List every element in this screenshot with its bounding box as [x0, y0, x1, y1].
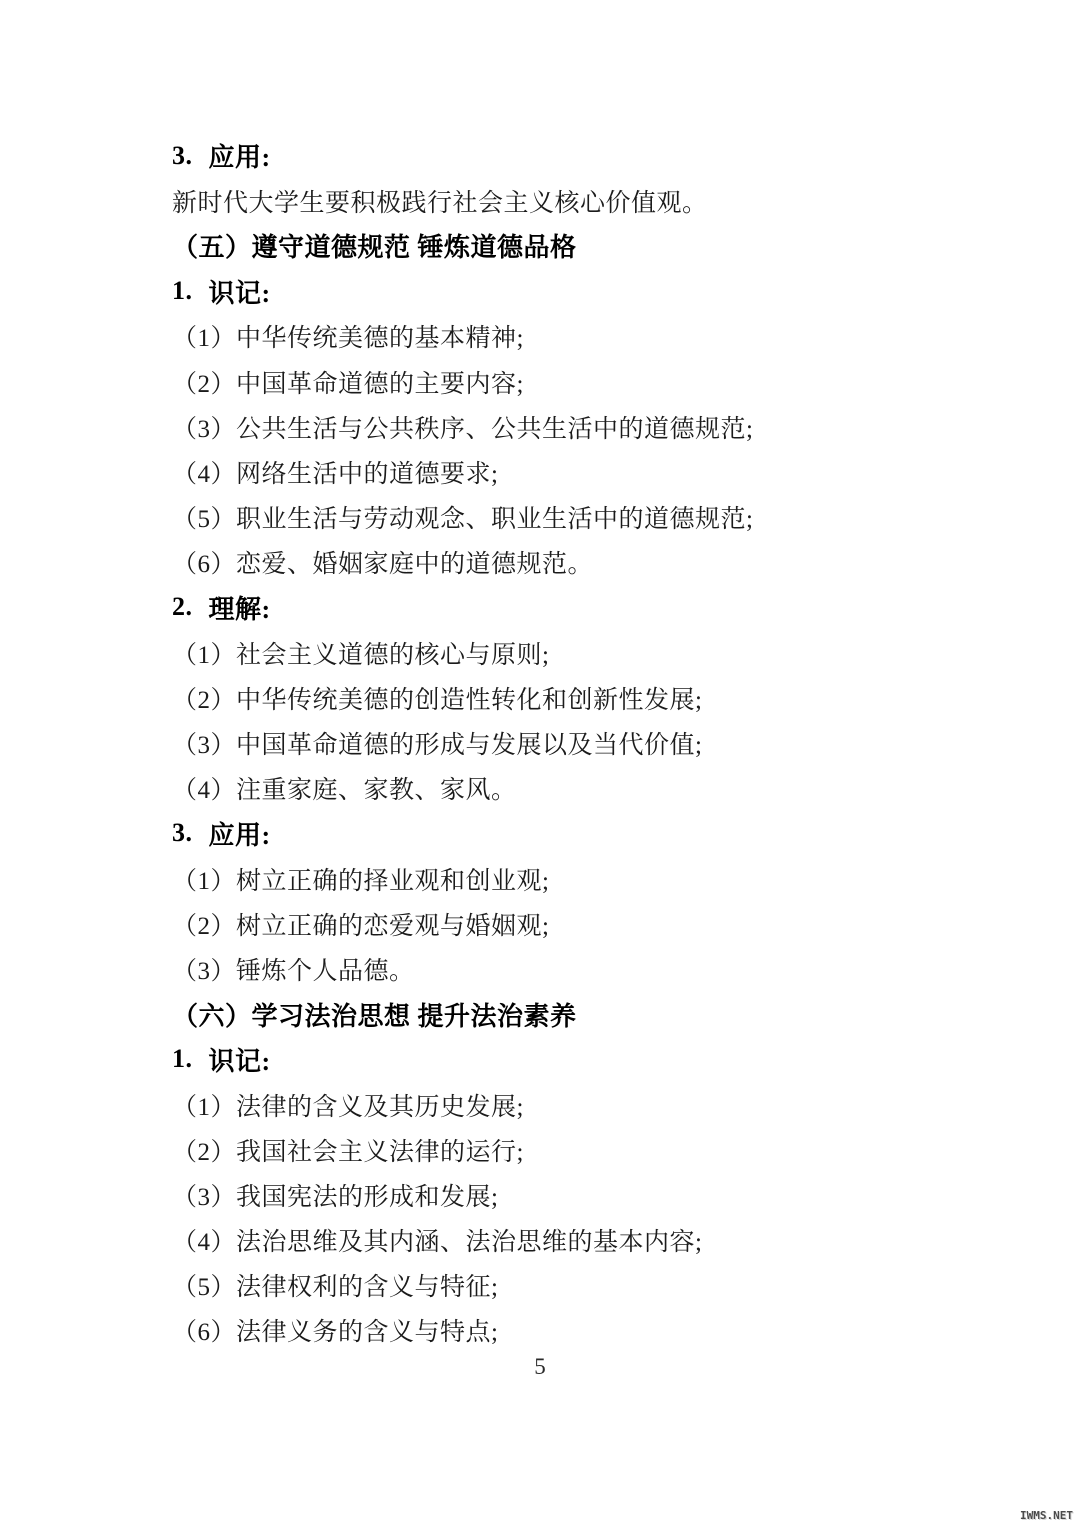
- list-item: （2）中华传统美德的创造性转化和创新性发展;: [172, 675, 972, 720]
- list-item: （4）法治思维及其内涵、法治思维的基本内容;: [172, 1218, 972, 1263]
- list-item: （2）我国社会主义法律的运行;: [172, 1127, 972, 1172]
- heading-label: 识记:: [209, 1041, 271, 1078]
- heading-number: 2.: [172, 592, 193, 622]
- list-item: （4）注重家庭、家教、家风。: [172, 766, 972, 811]
- watermark: IWMS.NET: [1020, 1509, 1073, 1522]
- heading-label: 应用:: [209, 137, 271, 174]
- section-heading: （六）学习法治思想 提升法治素养: [172, 992, 972, 1037]
- knowledge-level-heading: 1.识记:: [172, 1037, 972, 1082]
- heading-number: 3.: [172, 818, 193, 848]
- knowledge-level-heading: 3.应用:: [172, 133, 972, 178]
- heading-number: 1.: [172, 276, 193, 306]
- list-item: （5）职业生活与劳动观念、职业生活中的道德规范;: [172, 495, 972, 540]
- list-item: （2）中国革命道德的主要内容;: [172, 359, 972, 404]
- list-item: （6）法律义务的含义与特点;: [172, 1308, 972, 1353]
- heading-label: 识记:: [209, 273, 271, 310]
- heading-label: 理解:: [209, 589, 271, 626]
- document-body: 3.应用:新时代大学生要积极践行社会主义核心价值观。（五）遵守道德规范 锤炼道德…: [172, 133, 972, 1353]
- page-number: 5: [0, 1354, 1080, 1384]
- list-item: （1）社会主义道德的核心与原则;: [172, 630, 972, 675]
- list-item: （6）恋爱、婚姻家庭中的道德规范。: [172, 540, 972, 585]
- list-item: （5）法律权利的含义与特征;: [172, 1263, 972, 1308]
- list-item: （1）法律的含义及其历史发展;: [172, 1082, 972, 1127]
- list-item: （1）中华传统美德的基本精神;: [172, 314, 972, 359]
- heading-number: 3.: [172, 141, 193, 171]
- heading-label: 应用:: [209, 815, 271, 852]
- list-item: （2）树立正确的恋爱观与婚姻观;: [172, 901, 972, 946]
- list-item: （1）树立正确的择业观和创业观;: [172, 856, 972, 901]
- section-heading: （五）遵守道德规范 锤炼道德品格: [172, 223, 972, 268]
- list-item: （4）网络生活中的道德要求;: [172, 449, 972, 494]
- knowledge-level-heading: 3.应用:: [172, 811, 972, 856]
- paragraph: 新时代大学生要积极践行社会主义核心价值观。: [172, 178, 972, 223]
- list-item: （3）中国革命道德的形成与发展以及当代价值;: [172, 720, 972, 765]
- list-item: （3）锤炼个人品德。: [172, 946, 972, 991]
- document-page: 3.应用:新时代大学生要积极践行社会主义核心价值观。（五）遵守道德规范 锤炼道德…: [0, 0, 1080, 1527]
- heading-number: 1.: [172, 1044, 193, 1074]
- knowledge-level-heading: 2.理解:: [172, 585, 972, 630]
- knowledge-level-heading: 1.识记:: [172, 269, 972, 314]
- list-item: （3）公共生活与公共秩序、公共生活中的道德规范;: [172, 404, 972, 449]
- list-item: （3）我国宪法的形成和发展;: [172, 1172, 972, 1217]
